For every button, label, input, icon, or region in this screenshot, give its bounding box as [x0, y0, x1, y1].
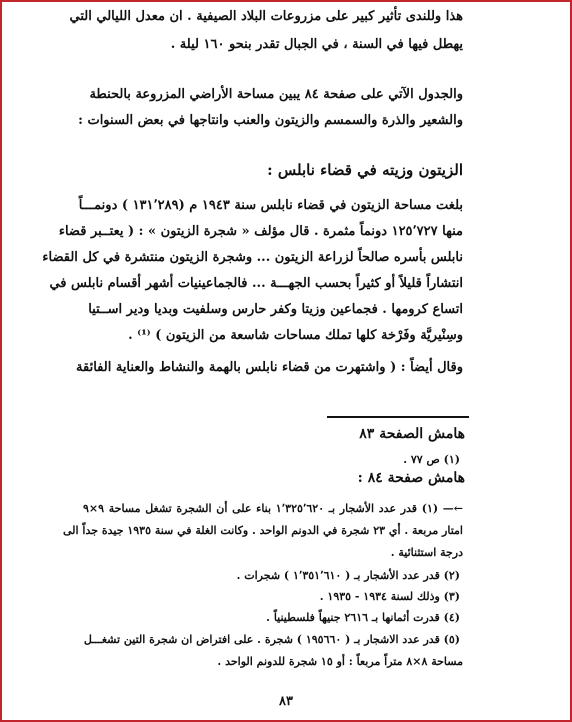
intro-line-1: هذا وللندى تأثير كبير على مزروعات البلاد…: [98, 9, 463, 24]
footnote-p84-note3: (٣) وذلك لسنة ١٩٣٤ - ١٩٣٥ .: [100, 590, 460, 603]
olive-line-2: منها ١٢٥٬٧٢٧ دونماً مثمرة . قال مؤلف « ش…: [98, 224, 463, 239]
footnote-p83-item-1: (١) ص ٧٧ .: [260, 453, 460, 466]
table-para-line-2: والشعير والذرة والسمسم والزيتون والعنب و…: [98, 113, 463, 128]
footnote-p84-note1-line-3: درجة استثنائية .: [83, 546, 463, 559]
olive-line-3: نابلس بأسره صالحاً لزراعة الزيتون ... وش…: [98, 250, 463, 265]
also-line-1: وقال أيضاً : ( واشتهرت من قضاء نابلس بال…: [113, 360, 463, 375]
footnote-p84-note1-line-2: امتار مربعة . أي ٢٣ شجرة في الدونم الواح…: [83, 524, 463, 537]
section-heading: الزيتون وزيته في قضاء نابلس :: [98, 161, 463, 179]
footnote-heading-p84: هامش صفحة ٨٤ :: [265, 470, 465, 486]
olive-line-4: انتشاراً قليلاً أو كثيراً بحسب الجهـــة …: [98, 276, 463, 291]
footnote-p84-note2: (٢) قدر عدد الأشجار بـ ( ١٬٣٥١٬٦١٠ ) شجر…: [100, 569, 460, 582]
olive-line-5: اتساع كرومها . فجماعين وزيتا وكفر حارس و…: [98, 302, 463, 317]
footnote-p84-note5-line-1: (٥) قدر عدد الاشجار بـ ( ١٩٥٦٦٠ ) شجرة .…: [90, 633, 460, 646]
footnote-p84-note4: (٤) قدرت أثمانها بـ ٢٦١٦ جنيهاً فلسطينيا…: [100, 611, 460, 624]
page-number: ٨٣: [2, 694, 570, 709]
footnote-p84-note1-line-1: ←— (١) قدر عدد الأشجار بـ ١٬٣٢٥٬٦٢٠ بناء…: [83, 502, 463, 515]
olive-line-1: بلغت مساحة الزيتون في قضاء نابلس سنة ١٩٤…: [113, 198, 463, 213]
footnote-p84-note5-line-2: مساحة ٨×٨ متراً مربعاً : أو ١٥ شجرة للدو…: [83, 655, 463, 668]
book-page: هذا وللندى تأثير كبير على مزروعات البلاد…: [0, 0, 572, 722]
table-para-line-1: والجدول الآتي على صفحة ٨٤ يبين مساحة الأ…: [113, 87, 463, 102]
footnote-heading-p83: هامش الصفحة ٨٣: [265, 426, 465, 442]
olive-line-6: وسِنْيريَّة وفَرْخة كلها تملك مساحات شاس…: [98, 328, 463, 343]
footnote-separator: [327, 416, 469, 418]
intro-line-2: يهطل فيها في السنة ، في الجبال تقدر بنحو…: [98, 37, 463, 52]
